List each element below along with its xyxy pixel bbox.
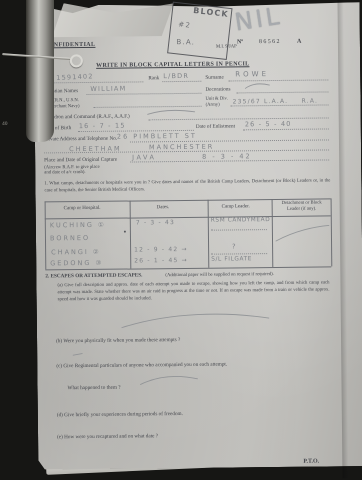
col-header-leader: Camp Leader. [222,204,250,209]
unit-label-line1: Unit & Div. [206,97,228,102]
table-row-dates: 12 - 9 - 42 → [134,246,188,254]
table-row-leader: ? [232,242,237,250]
christian-names-value: WILLIAM [90,85,126,93]
enlistment-label: Date of Enlistment [196,123,235,129]
address-value-line1: 26 PIMBLETT ST [117,132,197,141]
address-label: Private Address and Telephone No. [44,136,117,143]
section2-title: 2. ESCAPES OR ATTEMPTED ESCAPES. [45,272,142,279]
photo-of-document: 40 CONFIDENTIAL BLOCK #2 B.A. NIL M.I. 9… [0,0,362,480]
table-row-camp: KUCHING ① [50,221,106,230]
col-header-detachment: Detachment or Block Leader (if any). [276,200,328,212]
pto-label: P.T.O. [303,459,319,465]
rank-value: L/BDR [163,72,189,80]
question-2c-followup: What happened to them ? [68,385,121,392]
col-header-dates: Dates. [157,205,170,210]
capture-label: Place and Date of Original Capture [44,157,117,164]
col-header-camp: Camp or Hospital. [64,206,101,211]
decorations-label: Decorations [205,86,230,92]
stamp-line3: B.A. [176,38,195,46]
question-2b: (b) Were you physically fit when you mad… [56,337,180,344]
serial-no-suffix: A [297,39,301,45]
stamp-line1: BLOCK [193,6,230,19]
table-row-camp: CHANGI ② [51,248,101,257]
table-row-camp-line2: BORNEO [50,234,90,242]
stamp-line2: #2 [178,20,192,29]
no-value: 1591402 [56,72,94,82]
surname-label: Surname [205,75,224,81]
capture-note-line2: and date of a/c crash). [44,170,85,175]
rank-label: Rank [148,75,159,81]
table-row-dates: 26 - 1 - 45 → [134,257,188,265]
squadron-label: Squadron and Command (R.A.F., A.A.F.) [44,114,130,121]
table-row-dates: 7 - 3 - 43 [136,219,175,226]
form-reference: M.I. 9/JAP [216,44,237,49]
unit-label-line2: (Army) [206,103,220,108]
question-1: 1. What camps, detachments or hospitals … [44,177,330,194]
dob-value: 16 - 7 - 15 [79,122,126,130]
block-stamp: BLOCK #2 B.A. [167,2,232,60]
question-2a: (a) Give full description and approx. da… [57,279,329,303]
table-row-camp: GEDONG ③ [50,259,103,268]
question-2e: (e) How were you recaptured and on what … [57,433,158,440]
enlistment-value: 26 - 5 - 40 [245,120,292,128]
margin-fragment: 40 [2,121,8,127]
rolled-paper-edge [26,0,54,142]
table-row-leader: RSM CANDYMEAD [211,217,271,224]
surname-value: ROWE [235,70,269,78]
serial-no-value: 86562 [259,39,281,45]
pin-rod [2,53,72,60]
pencil-dot [124,231,126,233]
form-sheet: CONFIDENTIAL BLOCK #2 B.A. NIL M.I. 9/JA… [0,0,362,480]
capture-place-value: JAVA [132,153,156,161]
serial-no-label: Nº [237,39,243,45]
pin-eye [69,54,83,68]
table-row-leader: S/L FILGATE [211,256,252,262]
